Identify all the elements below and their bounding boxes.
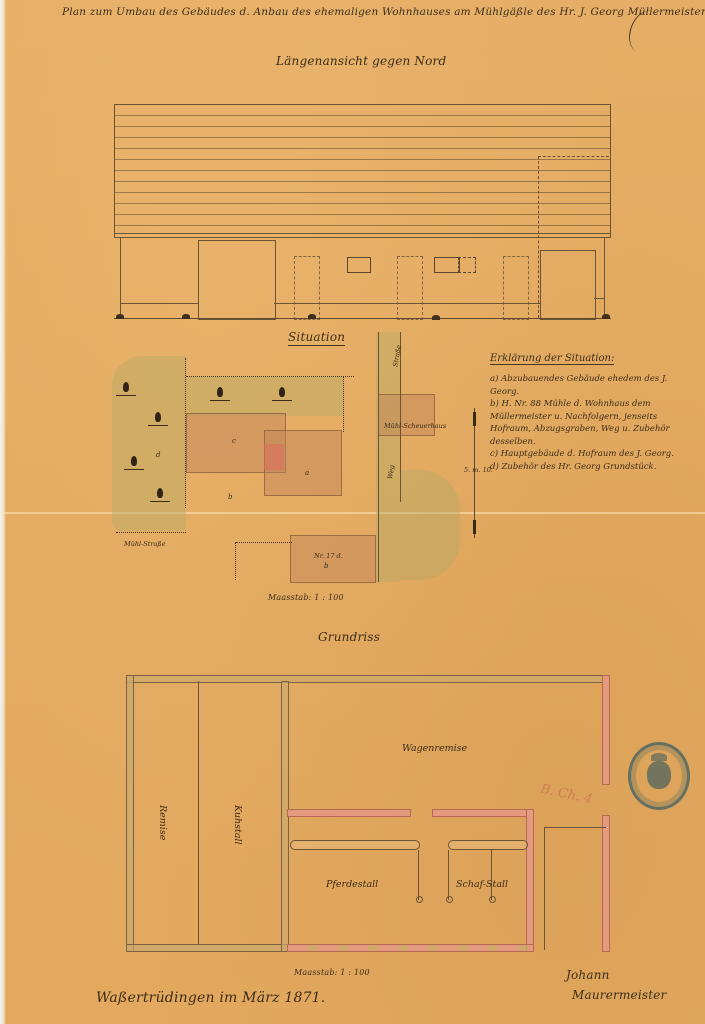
site-plan-scale: Maasstab: 1 : 100 (268, 593, 344, 602)
scale-bar-label: 5. m. 10. (464, 466, 493, 474)
site-plan-heading: Situation (288, 330, 345, 346)
tree-icon (124, 456, 144, 472)
grass-tuft (432, 315, 440, 320)
window (347, 257, 371, 273)
annex-outline (544, 827, 606, 828)
room-label-3: Wagenremise (402, 743, 467, 754)
feeding-trough (448, 840, 528, 850)
wall-west (126, 675, 134, 952)
window (434, 257, 460, 273)
elevation-heading: Längenansicht gegen Nord (276, 54, 446, 68)
floor-plan-scale: Maasstab: 1 : 100 (294, 968, 370, 977)
lane-edge (378, 332, 379, 582)
partition (198, 681, 199, 944)
drawing-sheet: Plan zum Umbau des Gebäudes d. Anbau des… (0, 0, 705, 1024)
stall-post (448, 850, 449, 900)
neighbor-building-label: Mühl-Scheuerhaus (384, 422, 446, 430)
wall-new-east (602, 675, 610, 785)
place-date: Waßertrüdingen im März 1871. (96, 990, 325, 1006)
room-label-4: Pferdestall (326, 879, 378, 890)
barn-door (198, 240, 276, 320)
site-label-d: d (156, 451, 160, 459)
site-label-c: c (232, 437, 236, 445)
street-label-bottom: Mühl-Straße (124, 540, 166, 548)
site-label-a: a (305, 469, 309, 477)
wall-new-east (602, 815, 610, 952)
lane (376, 332, 400, 582)
signature-title: Maurermeister (572, 988, 666, 1002)
tree-icon (116, 382, 136, 398)
tree-icon (150, 488, 170, 504)
wall-new-stable (432, 809, 534, 817)
feeding-trough (290, 840, 420, 850)
wall-south (126, 944, 288, 952)
grass-tuft (602, 314, 610, 319)
fence (185, 358, 186, 508)
window (458, 257, 476, 273)
fence (236, 542, 292, 543)
fold-line (0, 512, 705, 514)
roof (114, 104, 611, 234)
crown-icon (651, 753, 667, 761)
legend-item: c) Hauptgebäude d. Hofraum des J. Georg. (490, 448, 695, 461)
floor-plan: Remise Kuhstall Wagenremise Pferdestall … (126, 675, 608, 950)
official-seal-icon (628, 742, 690, 810)
elevation-drawing (114, 104, 611, 322)
hidden-line (538, 156, 609, 157)
room-label-5: Schaf-Stall (456, 879, 508, 890)
wall-new-stable (287, 809, 411, 817)
tree-icon (272, 387, 292, 403)
barn-door (540, 250, 596, 320)
legend-heading: Erklärung der Situation: (490, 353, 614, 365)
grass-tuft (116, 314, 124, 319)
stall-post (418, 850, 419, 900)
fence (186, 376, 354, 377)
floor-plan-heading: Grundriss (318, 630, 380, 644)
grass-tuft (308, 314, 316, 319)
legend-item: d) Zubehör des Hr. Georg Grundstück. (490, 461, 695, 474)
tree-icon (148, 412, 168, 428)
stall-post (491, 850, 492, 900)
annex-outline (544, 827, 545, 950)
garden-area (400, 470, 460, 580)
site-legend: Erklärung der Situation: a) Abzubauendes… (490, 346, 695, 473)
fence (116, 532, 186, 533)
legend-item: b) H. Nr. 88 Mühle d. Wohnhaus dem Mülle… (490, 398, 695, 448)
parcel-number: Nr. 17 d. (314, 552, 343, 560)
grass-tuft (182, 314, 190, 319)
legend-item: a) Abzubauendes Gebäude ehedem des J. Ge… (490, 373, 695, 398)
parcel-letter: b (324, 562, 328, 570)
building-overlap (264, 444, 284, 470)
room-label-1: Remise (157, 805, 168, 840)
document-title: Plan zum Umbau des Gebäudes d. Anbau des… (62, 6, 705, 18)
coat-of-arms-icon (647, 761, 671, 789)
fence (235, 542, 236, 580)
room-label-2: Kuhstall (232, 805, 243, 845)
wall-new-south (287, 944, 534, 952)
signature-first-name: Johann (566, 968, 610, 982)
site-label-b: b (228, 493, 232, 501)
fence (343, 376, 344, 432)
tree-icon (210, 387, 230, 403)
wall-new-stable (526, 809, 534, 952)
